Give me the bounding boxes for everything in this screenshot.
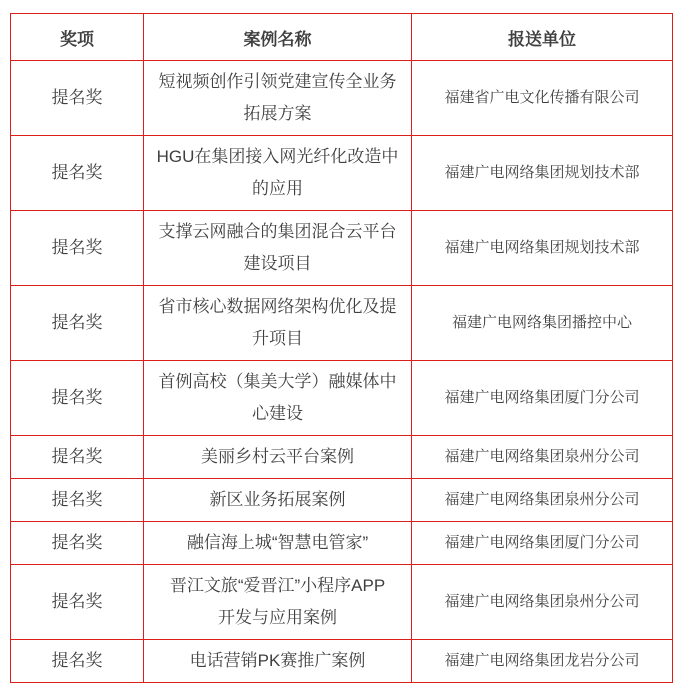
- case-name-cell: 省市核心数据网络架构优化及提 升项目: [144, 286, 412, 361]
- table-row: 提名奖首例高校（集美大学）融媒体中 心建设福建广电网络集团厦门分公司: [11, 361, 673, 436]
- award-cell: 提名奖: [11, 286, 144, 361]
- award-cell: 提名奖: [11, 136, 144, 211]
- award-cell: 提名奖: [11, 436, 144, 479]
- unit-cell: 福建广电网络集团龙岩分公司: [412, 640, 673, 683]
- case-name-cell: 首例高校（集美大学）融媒体中 心建设: [144, 361, 412, 436]
- award-cell: 提名奖: [11, 61, 144, 136]
- table-body: 提名奖短视频创作引领党建宣传全业务 拓展方案福建省广电文化传播有限公司提名奖HG…: [11, 61, 673, 683]
- unit-cell: 福建广电网络集团规划技术部: [412, 136, 673, 211]
- header-award: 奖项: [11, 14, 144, 61]
- table-row: 提名奖支撑云网融合的集团混合云平台 建设项目福建广电网络集团规划技术部: [11, 211, 673, 286]
- unit-cell: 福建广电网络集团泉州分公司: [412, 565, 673, 640]
- header-unit: 报送单位: [412, 14, 673, 61]
- awards-table: 奖项 案例名称 报送单位 提名奖短视频创作引领党建宣传全业务 拓展方案福建省广电…: [10, 13, 673, 683]
- case-name-cell: 融信海上城“智慧电管家”: [144, 522, 412, 565]
- award-cell: 提名奖: [11, 522, 144, 565]
- unit-cell: 福建广电网络集团播控中心: [412, 286, 673, 361]
- table-row: 提名奖美丽乡村云平台案例福建广电网络集团泉州分公司: [11, 436, 673, 479]
- award-cell: 提名奖: [11, 211, 144, 286]
- table-row: 提名奖融信海上城“智慧电管家”福建广电网络集团厦门分公司: [11, 522, 673, 565]
- case-name-cell: 晋江文旅“爱晋江”小程序APP 开发与应用案例: [144, 565, 412, 640]
- case-name-cell: 短视频创作引领党建宣传全业务 拓展方案: [144, 61, 412, 136]
- unit-cell: 福建广电网络集团厦门分公司: [412, 522, 673, 565]
- award-cell: 提名奖: [11, 640, 144, 683]
- award-cell: 提名奖: [11, 565, 144, 640]
- unit-cell: 福建广电网络集团泉州分公司: [412, 479, 673, 522]
- unit-cell: 福建广电网络集团规划技术部: [412, 211, 673, 286]
- table-row: 提名奖电话营销PK赛推广案例福建广电网络集团龙岩分公司: [11, 640, 673, 683]
- unit-cell: 福建广电网络集团泉州分公司: [412, 436, 673, 479]
- header-case-name: 案例名称: [144, 14, 412, 61]
- table-row: 提名奖HGU在集团接入网光纤化改造中 的应用福建广电网络集团规划技术部: [11, 136, 673, 211]
- award-cell: 提名奖: [11, 361, 144, 436]
- table-row: 提名奖新区业务拓展案例福建广电网络集团泉州分公司: [11, 479, 673, 522]
- header-row: 奖项 案例名称 报送单位: [11, 14, 673, 61]
- table-row: 提名奖短视频创作引领党建宣传全业务 拓展方案福建省广电文化传播有限公司: [11, 61, 673, 136]
- article-table-page: 奖项 案例名称 报送单位 提名奖短视频创作引领党建宣传全业务 拓展方案福建省广电…: [0, 0, 683, 694]
- table-row: 提名奖晋江文旅“爱晋江”小程序APP 开发与应用案例福建广电网络集团泉州分公司: [11, 565, 673, 640]
- case-name-cell: 新区业务拓展案例: [144, 479, 412, 522]
- case-name-cell: 支撑云网融合的集团混合云平台 建设项目: [144, 211, 412, 286]
- case-name-cell: 美丽乡村云平台案例: [144, 436, 412, 479]
- case-name-cell: 电话营销PK赛推广案例: [144, 640, 412, 683]
- table-row: 提名奖省市核心数据网络架构优化及提 升项目福建广电网络集团播控中心: [11, 286, 673, 361]
- award-cell: 提名奖: [11, 479, 144, 522]
- case-name-cell: HGU在集团接入网光纤化改造中 的应用: [144, 136, 412, 211]
- unit-cell: 福建广电网络集团厦门分公司: [412, 361, 673, 436]
- unit-cell: 福建省广电文化传播有限公司: [412, 61, 673, 136]
